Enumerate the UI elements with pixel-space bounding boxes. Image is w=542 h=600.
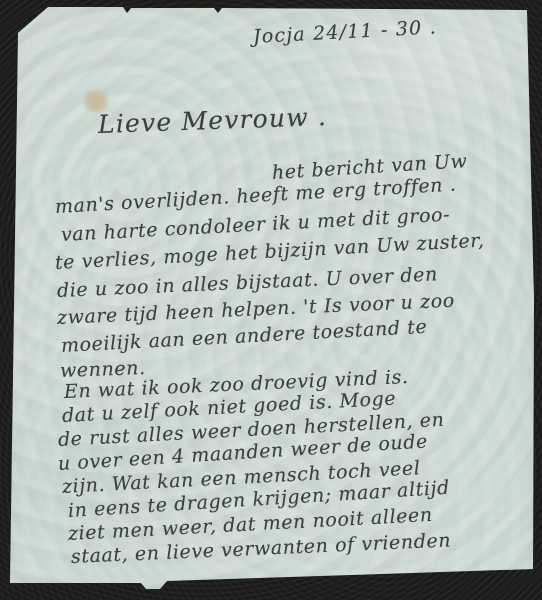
- letter-paper: Jocja 24/11 - 30 . Lieve Mevrouw . het b…: [0, 0, 542, 600]
- salutation-line: Lieve Mevrouw .: [97, 102, 327, 139]
- photo-background: Jocja 24/11 - 30 . Lieve Mevrouw . het b…: [0, 0, 542, 600]
- date-line: Jocja 24/11 - 30 .: [252, 16, 437, 48]
